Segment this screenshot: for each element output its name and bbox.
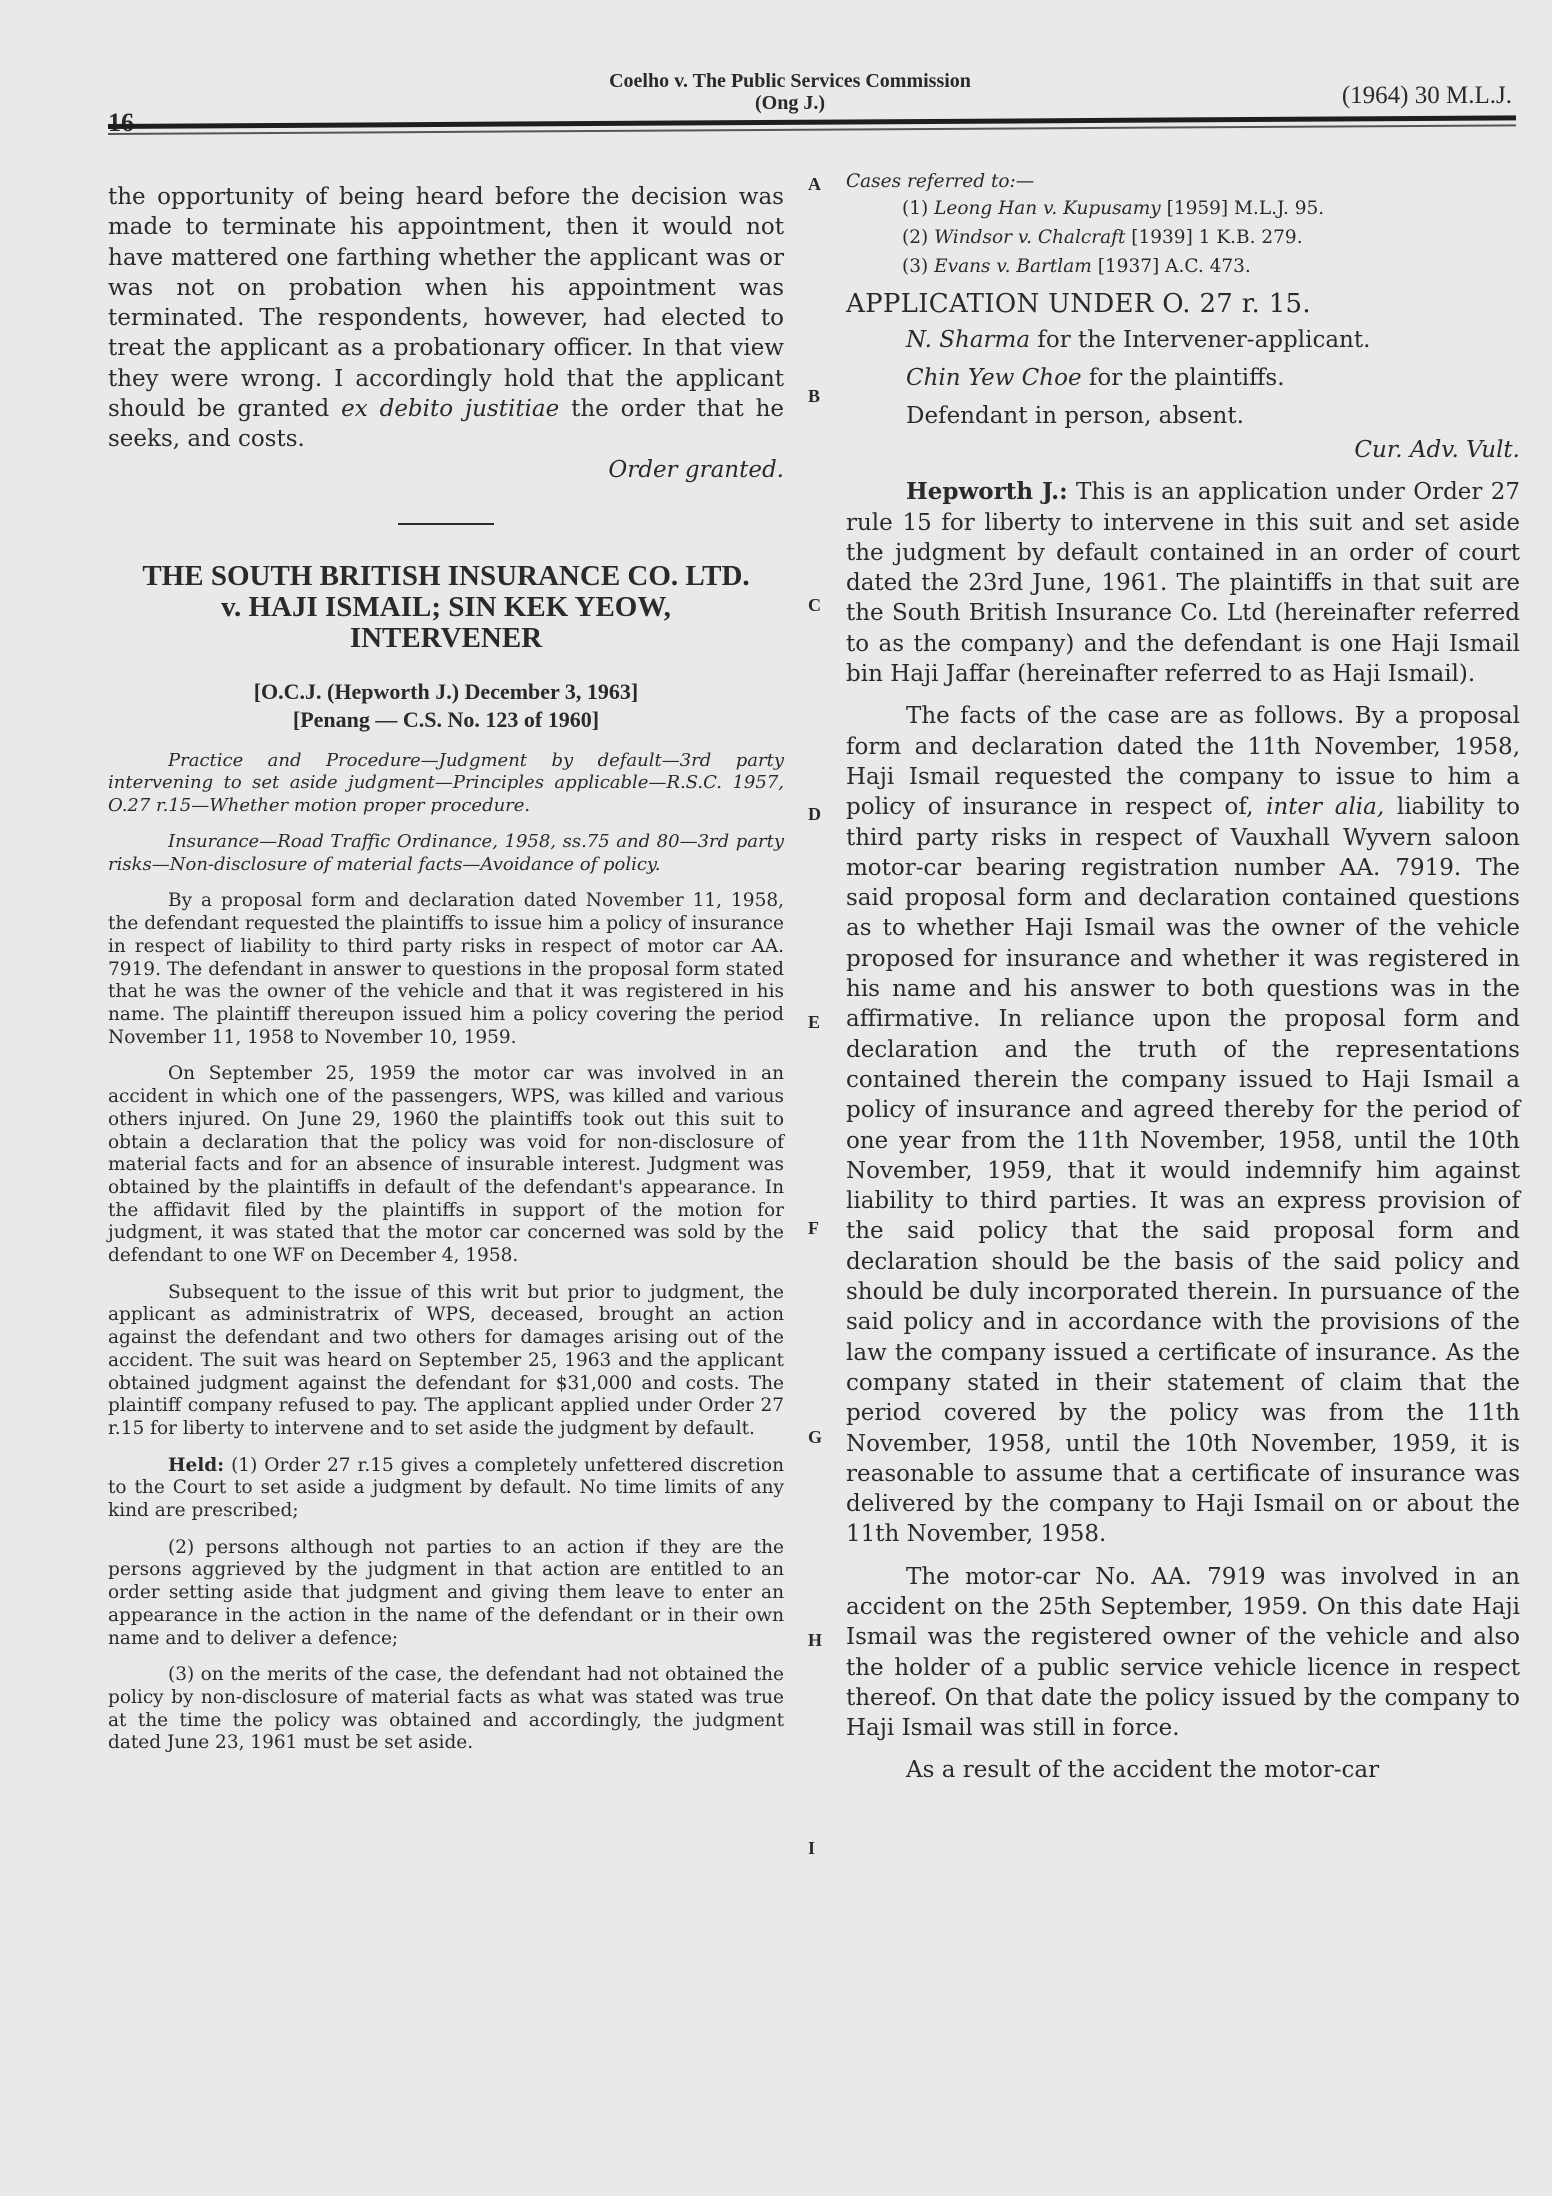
judgment-paragraph-2: The facts of the case are as follows. By… bbox=[846, 701, 1520, 1549]
case-title: THE SOUTH BRITISH INSURANCE CO. LTD. v. … bbox=[108, 561, 784, 654]
running-title-line2: (Ong J.) bbox=[420, 92, 1160, 114]
headnote-facts-2: On September 25, 1959 the motor car was … bbox=[108, 1063, 784, 1267]
headnote-facts-1: By a proposal form and declaration dated… bbox=[108, 890, 784, 1049]
law-report-page: 16 Coelho v. The Public Services Commiss… bbox=[0, 0, 1552, 2196]
held-label: Held: bbox=[168, 1455, 224, 1476]
margin-letter-c: C bbox=[808, 595, 821, 616]
case-title-line2: v. HAJI ISMAIL; SIN KEK YEOW, bbox=[108, 592, 784, 623]
catchwords-insurance: Insurance—Road Traffic Ordinance, 1958, … bbox=[108, 831, 784, 876]
judgment-paragraph-1: Hepworth J.: This is an application unde… bbox=[846, 477, 1520, 689]
margin-letter-b: B bbox=[808, 386, 820, 407]
counsel-name: N. Sharma bbox=[906, 327, 1030, 353]
case-title-line3: INTERVENER bbox=[108, 623, 784, 654]
case-reference: (2) Windsor v. Chalcraft [1939] 1 K.B. 2… bbox=[902, 223, 1520, 252]
case-reference: (1) Leong Han v. Kupusamy [1959] M.L.J. … bbox=[902, 194, 1520, 223]
counsel-line: Defendant in person, absent. bbox=[906, 397, 1520, 435]
suit-line: [Penang — C.S. No. 123 of 1960] bbox=[108, 706, 784, 734]
court-details: [O.C.J. (Hepworth J.) December 3, 1963] … bbox=[108, 678, 784, 734]
cases-referred-heading: Cases referred to:— bbox=[846, 170, 1520, 194]
order-granted: Order granted. bbox=[108, 455, 784, 485]
margin-letter-h: H bbox=[808, 1630, 822, 1651]
case-title-line1: THE SOUTH BRITISH INSURANCE CO. LTD. bbox=[108, 561, 784, 592]
running-title-line1: Coelho v. The Public Services Commission bbox=[420, 70, 1160, 92]
left-column: the opportunity of being heard before th… bbox=[108, 182, 784, 1769]
case-name: Windsor v. Chalcraft bbox=[934, 227, 1125, 248]
case-separator bbox=[398, 523, 494, 525]
margin-letter-a: A bbox=[808, 174, 821, 195]
counsel-role: Defendant in person, absent. bbox=[906, 403, 1244, 429]
margin-letter-d: D bbox=[808, 804, 821, 825]
case-number: (3) bbox=[902, 256, 928, 277]
court-line: [O.C.J. (Hepworth J.) December 3, 1963] bbox=[108, 678, 784, 706]
cases-list: (1) Leong Han v. Kupusamy [1959] M.L.J. … bbox=[846, 194, 1520, 281]
report-citation: (1964) 30 M.L.J. bbox=[1342, 82, 1512, 110]
judgment-text: liability to third party risks in respec… bbox=[846, 794, 1520, 1547]
margin-letter-e: E bbox=[808, 1012, 820, 1033]
running-title: Coelho v. The Public Services Commission… bbox=[420, 70, 1160, 114]
previous-case-text: the opportunity of being heard before th… bbox=[108, 184, 784, 422]
margin-letter-f: F bbox=[808, 1218, 819, 1239]
case-reference: (3) Evans v. Bartlam [1937] A.C. 473. bbox=[902, 252, 1520, 281]
application-heading: APPLICATION UNDER O. 27 r. 15. bbox=[846, 287, 1520, 321]
judgment-text: This is an application under Order 27 ru… bbox=[846, 479, 1520, 687]
counsel-role: for the Intervener-applicant. bbox=[1037, 327, 1370, 353]
held-2: (2) persons although not parties to an a… bbox=[108, 1537, 784, 1651]
case-cite: [1937] A.C. 473. bbox=[1098, 256, 1251, 277]
latin-phrase: ex debito justitiae bbox=[341, 396, 559, 422]
case-name: Evans v. Bartlam bbox=[934, 256, 1092, 277]
counsel-role: for the plaintiffs. bbox=[1089, 365, 1285, 391]
margin-letter-g: G bbox=[808, 1427, 822, 1448]
headnote-facts-3: Subsequent to the issue of this writ but… bbox=[108, 1282, 784, 1441]
judgment-paragraph-3: The motor-car No. AA. 7919 was involved … bbox=[846, 1562, 1520, 1744]
judge-label: Hepworth J.: bbox=[906, 478, 1068, 505]
catchwords-practice: Practice and Procedure—Judgment by defau… bbox=[108, 750, 784, 818]
held-3: (3) on the merits of the case, the defen… bbox=[108, 1664, 784, 1755]
cur-adv-vult: Cur. Adv. Vult. bbox=[846, 435, 1520, 465]
previous-case-conclusion: the opportunity of being heard before th… bbox=[108, 182, 784, 455]
case-name: Leong Han v. Kupusamy bbox=[934, 198, 1161, 219]
latin-phrase: inter alia, bbox=[1266, 794, 1384, 820]
case-number: (1) bbox=[902, 198, 928, 219]
case-cite: [1939] 1 K.B. 279. bbox=[1131, 227, 1302, 248]
counsel-list: N. Sharma for the Intervener-applicant. … bbox=[846, 321, 1520, 435]
margin-letter-i: I bbox=[808, 1838, 815, 1859]
case-number: (2) bbox=[902, 227, 928, 248]
right-column: Cases referred to:— (1) Leong Han v. Kup… bbox=[846, 170, 1520, 1786]
judgment-paragraph-4: As a result of the accident the motor-ca… bbox=[846, 1755, 1520, 1785]
counsel-name: Chin Yew Choe bbox=[906, 365, 1082, 391]
case-cite: [1959] M.L.J. 95. bbox=[1167, 198, 1325, 219]
counsel-line: Chin Yew Choe for the plaintiffs. bbox=[906, 359, 1520, 397]
held-1: Held: (1) Order 27 r.15 gives a complete… bbox=[108, 1455, 784, 1523]
counsel-line: N. Sharma for the Intervener-applicant. bbox=[906, 321, 1520, 359]
